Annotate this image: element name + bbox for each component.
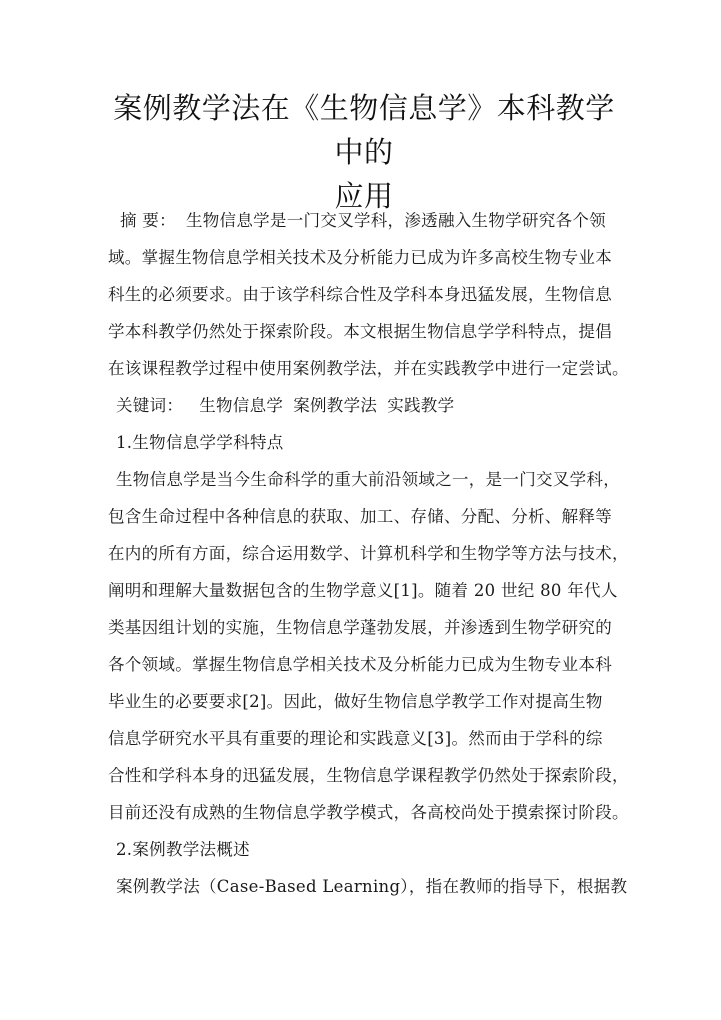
title-line-1: 案例教学法在《生物信息学》本科教学中的 <box>108 86 620 174</box>
abstract-line: 学本科教学仍然处于探索阶段。本文根据生物信息学学科特点，提倡 <box>108 313 623 350</box>
paragraph-line: 在内的所有方面，综合运用数学、计算机科学和生物学等方法与技术， <box>108 535 623 572</box>
abstract-label: 摘 要： <box>108 211 176 230</box>
paragraph-line: 目前还没有成熟的生物信息学教学模式，各高校尚处于摸索探讨阶段。 <box>108 794 623 831</box>
document-title: 案例教学法在《生物信息学》本科教学中的 应用 <box>108 86 620 218</box>
paragraph-line: 毕业生的必要要求[2]。因此，做好生物信息学教学工作对提高生物 <box>108 683 623 720</box>
document-header: 案例教学法在《生物信息学》本科教学中的 应用 <box>108 86 620 218</box>
abstract-first-line: 摘 要：生物信息学是一门交叉学科，渗透融入生物学研究各个领 <box>108 202 623 239</box>
paragraph-line: 合性和学科本身的迅猛发展，生物信息学课程教学仍然处于探索阶段， <box>108 757 623 794</box>
abstract-text: 生物信息学是一门交叉学科，渗透融入生物学研究各个领 <box>186 211 606 230</box>
abstract-line: 科生的必须要求。由于该学科综合性及学科本身迅猛发展，生物信息 <box>108 276 623 313</box>
abstract-line: 在该课程教学过程中使用案例教学法，并在实践教学中进行一定尝试。 <box>108 350 623 387</box>
paragraph-line: 生物信息学是当今生命科学的重大前沿领域之一，是一门交叉学科， <box>108 461 623 498</box>
paragraph-line: 阐明和理解大量数据包含的生物学意义[1]。随着 20 世纪 80 年代人 <box>108 572 623 609</box>
abstract-line: 域。掌握生物信息学相关技术及分析能力已成为许多高校生物专业本 <box>108 239 623 276</box>
keyword: 生物信息学 <box>199 396 283 415</box>
paragraph-line: 信息学研究水平具有重要的理论和实践意义[3]。然而由于学科的综 <box>108 720 623 757</box>
section-heading: 1.生物信息学学科特点 <box>108 424 623 461</box>
keyword: 案例教学法 <box>293 396 377 415</box>
document-body: 摘 要：生物信息学是一门交叉学科，渗透融入生物学研究各个领 域。掌握生物信息学相… <box>108 202 623 905</box>
paragraph-line: 类基因组计划的实施，生物信息学蓬勃发展，并渗透到生物学研究的 <box>108 609 623 646</box>
paragraph-line: 包含生命过程中各种信息的获取、加工、存储、分配、分析、解释等 <box>108 498 623 535</box>
paragraph-line: 各个领域。掌握生物信息学相关技术及分析能力已成为生物专业本科 <box>108 646 623 683</box>
keyword: 实践教学 <box>387 396 454 415</box>
keywords-label: 关键词： <box>116 396 183 415</box>
section-heading: 2.案例教学法概述 <box>108 831 623 868</box>
paragraph-line: 案例教学法（Case-Based Learning），指在教师的指导下，根据教 <box>108 868 623 905</box>
keywords: 关键词：生物信息学案例教学法实践教学 <box>108 387 623 424</box>
